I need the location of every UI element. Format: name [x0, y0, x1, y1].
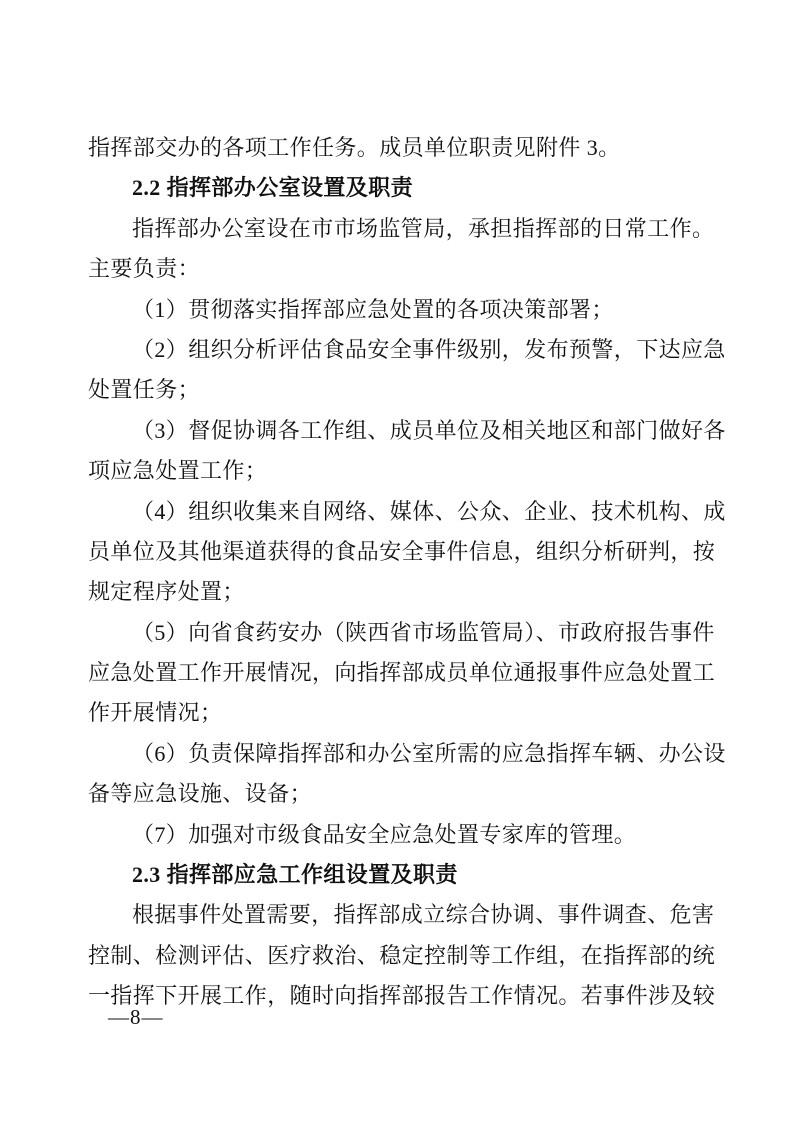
document-line: 一指挥下开展工作，随时向指挥部报告工作情况。若事件涉及较: [88, 976, 708, 1016]
document-line: （3）督促协调各工作组、成员单位及相关地区和部门做好各: [88, 411, 708, 451]
document-line: 2.2 指挥部办公室设置及职责: [88, 168, 708, 208]
document-body: 指挥部交办的各项工作任务。成员单位职责见附件 3。2.2 指挥部办公室设置及职责…: [88, 128, 708, 1017]
document-line: （2）组织分析评估食品安全事件级别，发布预警，下达应急: [88, 330, 708, 370]
document-line: 项应急处置工作；: [88, 451, 708, 491]
document-line: （5）向省食药安办（陕西省市场监管局）、市政府报告事件: [88, 613, 708, 653]
document-line: （4）组织收集来自网络、媒体、公众、企业、技术机构、成: [88, 492, 708, 532]
document-line: 备等应急设施、设备；: [88, 774, 708, 814]
document-line: 主要负责：: [88, 249, 708, 289]
document-page: 指挥部交办的各项工作任务。成员单位职责见附件 3。2.2 指挥部办公室设置及职责…: [0, 0, 793, 1122]
document-line: 根据事件处置需要，指挥部成立综合协调、事件调查、危害: [88, 895, 708, 935]
document-line: 指挥部办公室设在市市场监管局，承担指挥部的日常工作。: [88, 209, 708, 249]
document-line: 指挥部交办的各项工作任务。成员单位职责见附件 3。: [88, 128, 708, 168]
page-number: —8—: [108, 1005, 164, 1029]
document-line: 作开展情况；: [88, 693, 708, 733]
document-line: 应急处置工作开展情况，向指挥部成员单位通报事件应急处置工: [88, 653, 708, 693]
document-line: （1）贯彻落实指挥部应急处置的各项决策部署；: [88, 290, 708, 330]
page-footer: —8—: [108, 1004, 164, 1030]
document-line: 处置任务；: [88, 370, 708, 410]
document-line: 2.3 指挥部应急工作组设置及职责: [88, 855, 708, 895]
document-line: 员单位及其他渠道获得的食品安全事件信息，组织分析研判，按: [88, 532, 708, 572]
document-line: （6）负责保障指挥部和办公室所需的应急指挥车辆、办公设: [88, 734, 708, 774]
document-line: （7）加强对市级食品安全应急处置专家库的管理。: [88, 815, 708, 855]
document-line: 控制、检测评估、医疗救治、稳定控制等工作组，在指挥部的统: [88, 936, 708, 976]
document-line: 规定程序处置；: [88, 572, 708, 612]
